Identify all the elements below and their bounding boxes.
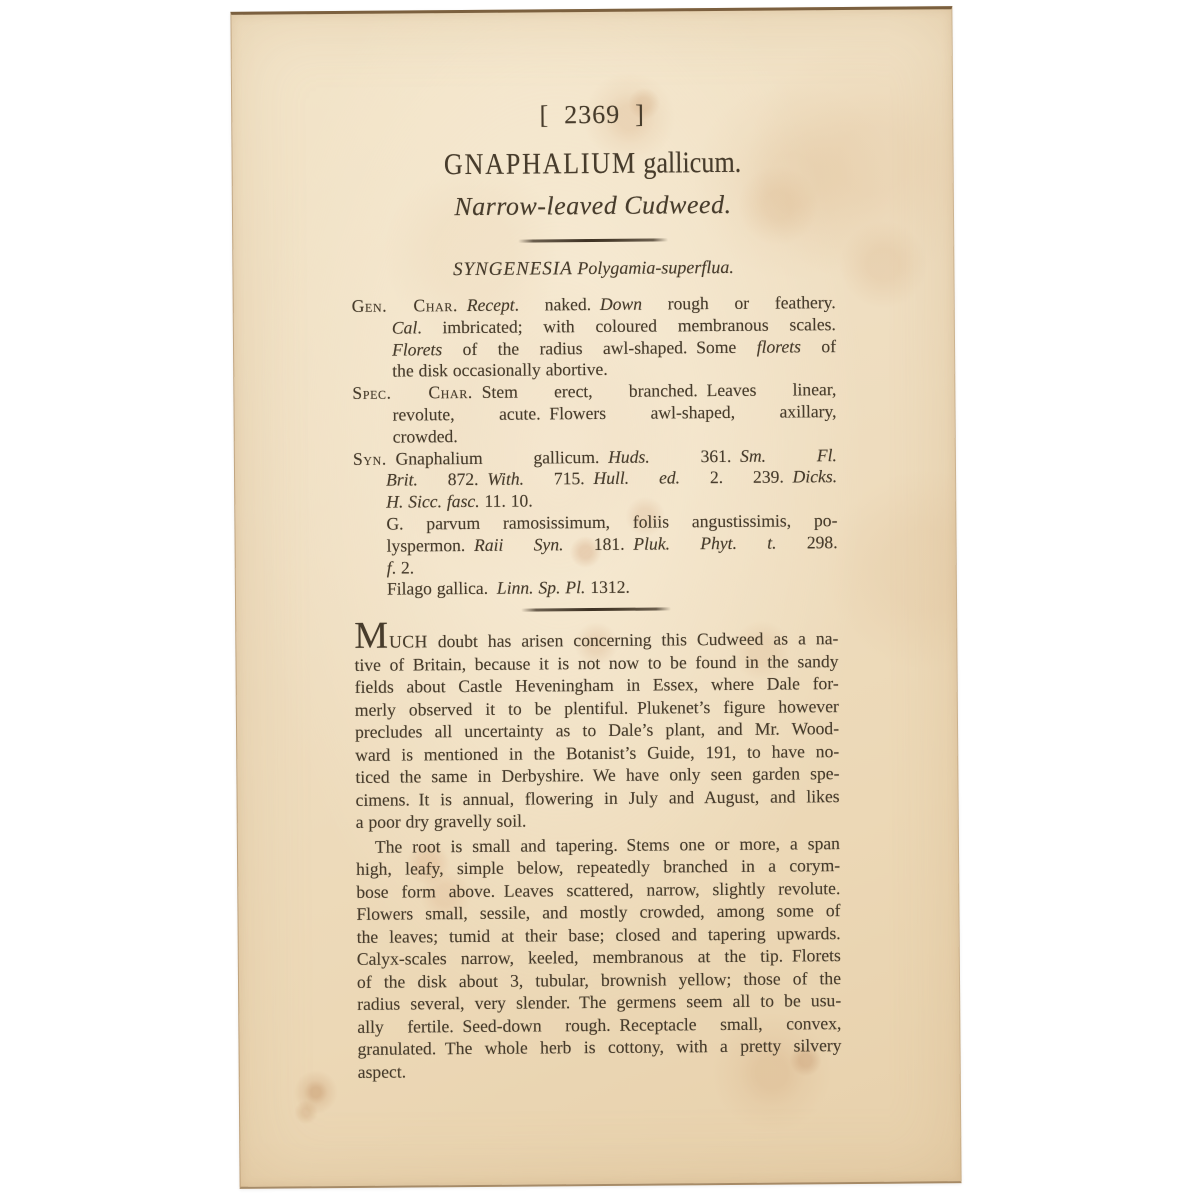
text-line: Flowers small, sessile, and mostly crowd… [356, 899, 840, 925]
text-run: Down [600, 294, 642, 314]
divider-rule-bottom [521, 608, 671, 612]
text-run: doubt has arisen concerning this Cudweed… [428, 628, 839, 651]
text-run: G. parvum ramosissimum, foliis angustiss… [386, 510, 837, 534]
text-run: Flowers small, sessile, and mostly crowd… [356, 900, 840, 924]
scan-backdrop: [2369] GNAPHALIUM gallicum. Narrow-leave… [0, 0, 1200, 1200]
page-number: [2369] [350, 98, 834, 132]
body-paragraph-2: The root is small and tapering. Stems on… [356, 832, 842, 1083]
text-run: Gen. Char. [352, 295, 458, 316]
text-run: of the radius awl-shaped. Some [442, 336, 757, 358]
text-line: lyspermon. Raii Syn. 181. Pluk. Phyt. t.… [387, 532, 838, 557]
text-run: Brit. [386, 470, 418, 490]
species-epithet: gallicum. [637, 146, 742, 180]
text-run: rough or feathery. [642, 292, 836, 314]
text-run: Huds. [608, 446, 650, 466]
text-run: Linn. Sp. Pl. [497, 577, 586, 598]
text-run: of the disk about 3, tubular, brownish y… [357, 968, 841, 992]
species-title: GNAPHALIUM gallicum. [382, 145, 803, 182]
text-run: ally fertile. Seed-down rough. Receptacl… [357, 1013, 841, 1037]
text-run: granulated. The whole herb is cottony, w… [357, 1035, 841, 1059]
common-name: Narrow-leaved Cudweed. [351, 188, 835, 224]
text-run: precludes all uncertainty as to Dale’s p… [355, 718, 839, 742]
text-line: Florets of the radius awl-shaped. Some f… [392, 336, 836, 361]
text-line: Brit. 872. With. 715. Hull. ed. 2. 239. … [386, 466, 837, 491]
text-run: Stem erect, branched. Leaves linear, [473, 379, 837, 402]
gen-char-section: Gen. Char. Recept. naked. Down rough or … [352, 292, 837, 383]
text-run: aspect. [358, 1061, 407, 1081]
text-run: Florets [392, 339, 442, 359]
text-run: H. Sicc. fasc. [386, 491, 479, 512]
text-line: cimens. It is annual, flowering in July … [355, 785, 839, 811]
text-run: 11. 10. [480, 491, 533, 511]
text-line: fields about Castle Heveningham in Essex… [355, 672, 839, 698]
text-run: Filago gallica. [387, 578, 497, 599]
text-run: UCH [389, 631, 428, 651]
text-run: 715. [524, 468, 594, 489]
text-line: Filago gallica. Linn. Sp. Pl. 1312. [387, 575, 838, 600]
text-run: florets [757, 336, 801, 356]
text-run: Spec. Char. [352, 382, 473, 403]
text-run: tive of Britain, because it is not now t… [354, 651, 838, 675]
text-line: high, leafy, simple below, repeatedly br… [356, 854, 840, 880]
bracket-close-label: ] [635, 100, 645, 129]
text-run: 361. [650, 445, 741, 466]
text-run: 181. [563, 533, 633, 554]
text-column: [2369] GNAPHALIUM gallicum. Narrow-leave… [349, 10, 841, 1083]
text-run: high, leafy, simple below, repeatedly br… [356, 855, 840, 879]
text-run: Pluk. Phyt. t. [633, 532, 776, 553]
text-line: Calyx-scales narrow, keeled, membranous … [357, 944, 841, 970]
text-run: With. [487, 469, 524, 489]
text-line: aspect. [358, 1057, 842, 1083]
synonyms-section: Syn. Gnaphalium gallicum. Huds. 361. Sm.… [353, 445, 838, 601]
text-run: Calyx-scales narrow, keeled, membranous … [357, 945, 841, 969]
text-run: Gnaphalium gallicum. [387, 446, 609, 468]
text-run: . 2. [392, 557, 415, 577]
linnaean-order: Polygamia-superflua. [573, 257, 734, 278]
drop-cap: M [354, 615, 389, 657]
text-run: . naked. [515, 294, 600, 315]
text-line: a poor dry gravelly soil. [356, 807, 840, 833]
divider-rule-top [518, 238, 668, 242]
text-run: 2. 239. [680, 467, 793, 488]
text-run: 872. [418, 469, 488, 490]
text-run: merly observed it to be plentiful. Pluke… [355, 696, 839, 720]
page-number-value: 2369 [564, 100, 620, 129]
text-line: revolute, acute. Flowers awl-shaped, axi… [392, 401, 836, 426]
text-run: crowded. [393, 426, 458, 447]
text-run: bose form above. Leaves scattered, narro… [356, 878, 840, 902]
spec-char-section: Spec. Char. Stem erect, branched. Leaves… [352, 379, 836, 448]
text-run: Raii Syn. [474, 534, 564, 555]
classification-line: SYNGENESIA Polygamia-superflua. [351, 255, 835, 282]
text-line: granulated. The whole herb is cottony, w… [357, 1034, 841, 1060]
genus-name: GNAPHALIUM [444, 147, 637, 182]
text-run: Sm. Fl. [740, 445, 837, 466]
text-line: radius several, very slender. The germen… [357, 989, 841, 1015]
text-run: 1312. [585, 577, 630, 597]
text-run: 298. [776, 532, 837, 552]
text-run: cimens. It is annual, flowering in July … [356, 786, 840, 810]
text-run: ward is mentioned in the Botanist’s Guid… [355, 741, 839, 765]
text-line: ticed the same in Derbyshire. We have on… [355, 762, 839, 788]
linnaean-class: SYNGENESIA [453, 258, 573, 280]
body-paragraph-1: MUCH doubt has arisen concerning this Cu… [354, 617, 840, 833]
text-run: a poor dry gravelly soil. [356, 811, 527, 832]
text-run: Dicks. [793, 466, 838, 486]
text-run: radius several, very slender. The germen… [357, 990, 841, 1014]
text-run: lyspermon. [387, 535, 475, 556]
text-run [458, 295, 467, 315]
text-run: Syn. [353, 448, 387, 468]
text-line: MUCH doubt has arisen concerning this Cu… [354, 617, 838, 653]
text-run: the disk occasionally abortive. [392, 359, 608, 381]
text-run: The root is small and tapering. Stems on… [375, 833, 840, 857]
text-run: Recept [467, 295, 515, 315]
book-page: [2369] GNAPHALIUM gallicum. Narrow-leave… [230, 6, 961, 1189]
text-run: . imbricated; with coloured membranous s… [417, 314, 836, 337]
text-run: Hull. ed. [593, 468, 680, 489]
text-run: fields about Castle Heveningham in Essex… [355, 673, 839, 697]
text-run: ticed the same in Derbyshire. We have on… [355, 763, 839, 787]
text-run: of [801, 336, 836, 356]
text-run: revolute, acute. Flowers awl-shaped, axi… [392, 401, 836, 424]
text-line: precludes all uncertainty as to Dale’s p… [355, 717, 839, 743]
text-run: the leaves; tumid at their base; closed … [357, 923, 841, 947]
text-run: Cal [392, 317, 418, 337]
bracket-open-label: [ [539, 100, 549, 129]
